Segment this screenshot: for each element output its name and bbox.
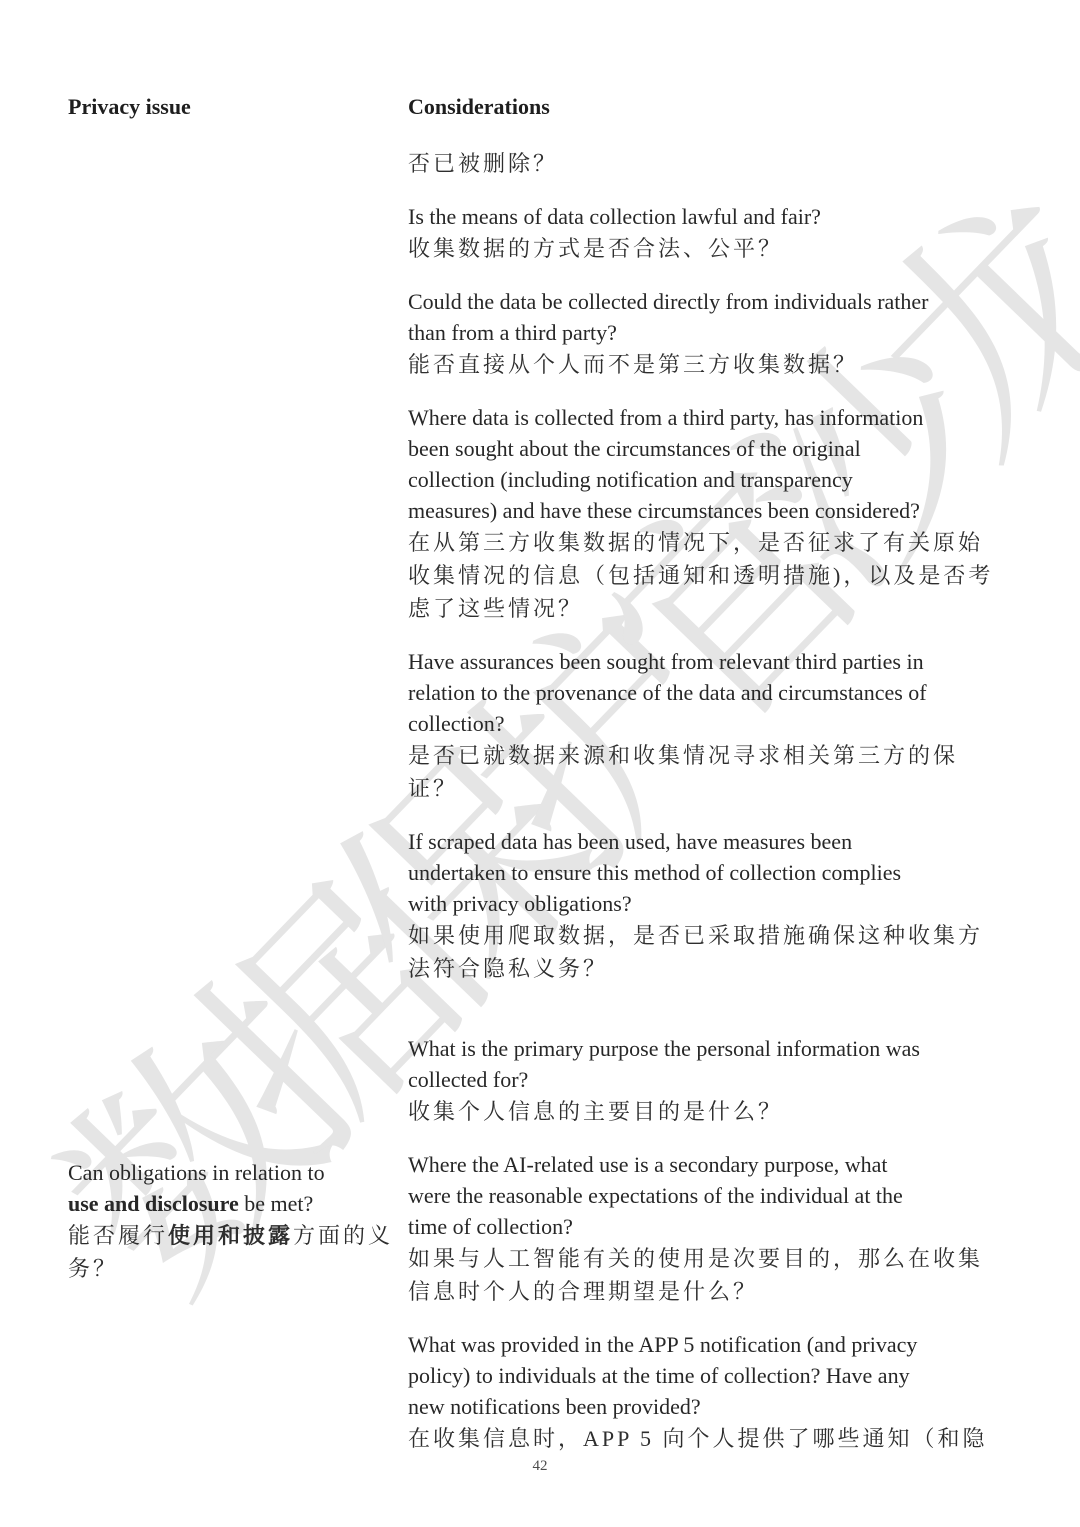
consideration-text-zh: 否已被删除？ bbox=[408, 147, 1048, 180]
privacy-issue-zh-prefix: 能否履行 bbox=[68, 1223, 168, 1248]
consideration-item: Where data is collected from a third par… bbox=[408, 402, 1048, 625]
privacy-issue-text-en: Can obligations in relation to use and d… bbox=[68, 1157, 434, 1219]
consideration-item: Where the AI-related use is a secondary … bbox=[408, 1149, 1048, 1308]
document-page: 数据保护官沙龙 Privacy issue Considerations 否已被… bbox=[0, 0, 1080, 1527]
consideration-text-en: Is the means of data collection lawful a… bbox=[408, 201, 1048, 232]
privacy-issue-en-prefix: Can obligations in relation to bbox=[68, 1160, 325, 1185]
consideration-item: If scraped data has been used, have meas… bbox=[408, 826, 1048, 985]
consideration-text-en: Could the data be collected directly fro… bbox=[408, 286, 1048, 348]
consideration-text-zh: 如果使用爬取数据，是否已采取措施确保这种收集方 法符合隐私义务？ bbox=[408, 919, 1048, 985]
consideration-item: What is the primary purpose the personal… bbox=[408, 1033, 1048, 1128]
column-header-considerations: Considerations bbox=[408, 92, 550, 122]
consideration-item: 否已被删除？ bbox=[408, 147, 1048, 180]
consideration-text-zh: 收集个人信息的主要目的是什么？ bbox=[408, 1095, 1048, 1128]
privacy-issue-item: Can obligations in relation to use and d… bbox=[68, 1157, 434, 1285]
consideration-text-zh: 如果与人工智能有关的使用是次要目的，那么在收集 信息时个人的合理期望是什么？ bbox=[408, 1242, 1048, 1308]
consideration-text-en: Where data is collected from a third par… bbox=[408, 402, 1048, 526]
privacy-issue-zh-bold: 使用和披露 bbox=[168, 1223, 293, 1248]
consideration-text-en: Have assurances been sought from relevan… bbox=[408, 646, 1048, 739]
consideration-text-en: If scraped data has been used, have meas… bbox=[408, 826, 1048, 919]
consideration-item: Have assurances been sought from relevan… bbox=[408, 646, 1048, 805]
consideration-text-en: Where the AI-related use is a secondary … bbox=[408, 1149, 1048, 1242]
consideration-text-zh: 是否已就数据来源和收集情况寻求相关第三方的保 证？ bbox=[408, 739, 1048, 805]
privacy-issue-en-bold: use and disclosure bbox=[68, 1191, 239, 1216]
consideration-text-zh: 能否直接从个人而不是第三方收集数据？ bbox=[408, 348, 1048, 381]
privacy-issue-text-zh: 能否履行使用和披露方面的义 务？ bbox=[68, 1219, 434, 1285]
consideration-item: What was provided in the APP 5 notificat… bbox=[408, 1329, 1048, 1455]
consideration-text-zh: 收集数据的方式是否合法、公平？ bbox=[408, 232, 1048, 265]
considerations-column: 否已被删除？ Is the means of data collection l… bbox=[408, 147, 1048, 1455]
column-header-privacy-issue: Privacy issue bbox=[68, 92, 191, 122]
consideration-text-zh: 在收集信息时，APP 5 向个人提供了哪些通知（和隐 bbox=[408, 1422, 1048, 1455]
consideration-text-en: What was provided in the APP 5 notificat… bbox=[408, 1329, 1048, 1422]
privacy-issue-en-suffix: be met? bbox=[239, 1191, 314, 1216]
page-number: 42 bbox=[0, 1458, 1080, 1475]
consideration-text-zh: 在从第三方收集数据的情况下，是否征求了有关原始 收集情况的信息（包括通知和透明措… bbox=[408, 526, 1048, 625]
consideration-item: Is the means of data collection lawful a… bbox=[408, 201, 1048, 265]
consideration-text-en: What is the primary purpose the personal… bbox=[408, 1033, 1048, 1095]
consideration-item: Could the data be collected directly fro… bbox=[408, 286, 1048, 381]
